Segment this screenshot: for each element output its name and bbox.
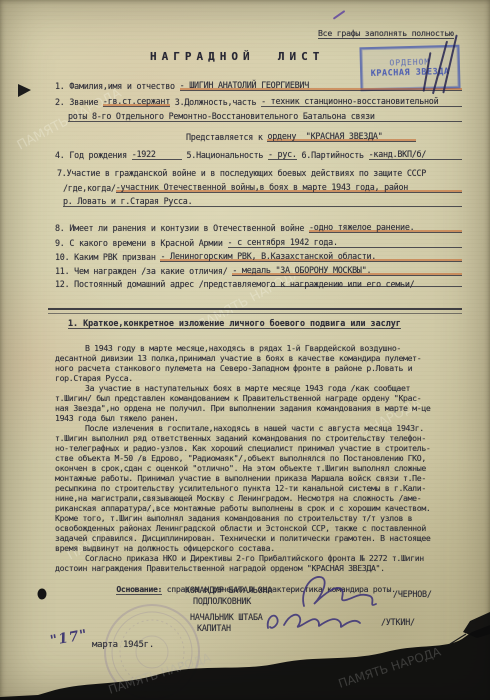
citation-line: но-телеграфных и радио-узлов. Как хороши… xyxy=(55,443,431,453)
citation-line: Кроме того, т.Шигин выполнял задания ком… xyxy=(55,513,412,523)
field-wounds: 8. Имеет ли ранения и контузии в Отечест… xyxy=(55,222,462,233)
citation-line: т.Шигин выполнил ряд ответственных задан… xyxy=(55,433,426,443)
citation-line: десантной дивизии 13 полка,принимал учас… xyxy=(55,353,421,363)
chief-of-staff-signature xyxy=(268,615,360,628)
commander-role-line2: ПОДПОЛКОВНИК xyxy=(193,596,251,606)
citation-line: За участие в наступательных боях в марте… xyxy=(85,383,410,393)
field-war-participation-cont: р. Ловать и г.Старая Русса. xyxy=(63,196,462,207)
crack-line xyxy=(450,634,466,644)
citation-line: задачей справился. Дисциплинирован. Техн… xyxy=(55,533,431,543)
citation-line: освобожденных районах Ленинградской обла… xyxy=(55,523,426,533)
citation-line: Согласно приказа НКО и Директивы 2-го Пр… xyxy=(85,553,424,563)
watermark-on-tear: ПАМЯТЬ НАРОДА xyxy=(337,644,444,691)
commander-role-line1: КОМАНДИР БАТАЛЬОНА xyxy=(185,585,272,595)
nationality-label: 5.Национальность xyxy=(182,150,268,160)
citation-line: ная Звезда",но ордена не получил. При вы… xyxy=(55,403,431,413)
citation-line: В 1943 году в марте месяце,находясь в ря… xyxy=(85,343,401,353)
field-prior-awards: 11. Чем награжден /за какие отличия/ - м… xyxy=(55,265,462,276)
war-participation-value: -участник Отечественной войны,в боях в м… xyxy=(116,182,462,193)
ink-blot xyxy=(38,589,47,600)
ink-mark xyxy=(333,10,346,20)
prior-awards-value: - медаль "ЗА ОБОРОНУ МОСКВЫ". xyxy=(232,265,462,276)
section-divider xyxy=(48,308,462,314)
field-position-value2: роты 8-го Отдельного Ремонтно-Восстанови… xyxy=(68,111,462,122)
empty-address-line xyxy=(270,286,462,287)
page-title: НАГРАДНОЙ ЛИСТ xyxy=(150,50,324,63)
citation-line: ресыпкина по строительству усилительного… xyxy=(55,483,426,493)
citation-line: После излечения в госпитале,находясь в н… xyxy=(85,423,424,433)
torn-notch-shape xyxy=(463,612,490,638)
field-rank-value: -гв.ст.сержант xyxy=(103,96,170,107)
party-value: -канд.ВКП/б/ xyxy=(369,149,462,160)
field-presented-to: Представляется к ордену "КРАСНАЯ ЗВЕЗДА" xyxy=(186,131,416,142)
citation-line: 1943 года был тяжело ранен. xyxy=(55,413,179,423)
citation-line: достоин награждения Правительственной на… xyxy=(55,563,385,573)
fill-all-fields-note: Все графы заполнять полностью xyxy=(318,28,454,39)
presented-value: ордену "КРАСНАЯ ЗВЕЗДА" xyxy=(267,131,416,142)
field-name: 1. Фамилия,имя и отчество - ШИГИН АНАТОЛ… xyxy=(55,80,462,91)
field-rank-label: 2. Звание xyxy=(55,97,103,107)
commander-name: /ЧЕРНОВ/ xyxy=(393,589,432,599)
field-name-label: 1. Фамилия,имя и отчество xyxy=(55,81,180,91)
field-war-participation: /где,когда/-участник Отечественной войны… xyxy=(63,182,462,193)
citation-header: 1. Краткое,конкретное изложение личного … xyxy=(68,318,401,329)
wounds-label: 8. Имеет ли ранения и контузии в Отечест… xyxy=(55,223,309,233)
citation-line: ного расчета станкового пулемета на Севе… xyxy=(55,363,412,373)
field-war-participation-label: 7.Участие в гражданской войне и в послед… xyxy=(57,168,426,178)
citation-line: риканская аппаратура/,все монтажные рабо… xyxy=(55,503,431,513)
chief-of-staff-role-line1: НАЧАЛЬНИК ШТАБА xyxy=(190,612,263,622)
presented-label: Представляется к xyxy=(186,132,267,142)
citation-line: гор.Старая Русса. xyxy=(55,373,133,383)
stamp-line1: ОРДЕНОМ xyxy=(389,57,430,67)
citation-line: нине,на магистрали,связывающей Москву с … xyxy=(55,493,421,503)
war-participation-value2: р. Ловать и г.Старая Русса. xyxy=(63,196,462,207)
field-home-address-label: 12. Постоянный домашний адрес /представл… xyxy=(55,279,414,289)
citation-line: т.Шигин/ был представлен командованием к… xyxy=(55,393,421,403)
where-when-label: /где,когда/ xyxy=(63,183,116,193)
corner-mark xyxy=(18,84,31,97)
chief-of-staff-role-line2: КАПИТАН xyxy=(197,623,231,633)
drafted-by-value: - Лениногорским РВК, В.Казахстанской обл… xyxy=(160,251,462,262)
army-since-value: - с сентября 1942 года. xyxy=(228,237,462,248)
army-since-label: 9. С какого времени в Красной Армии xyxy=(55,238,228,248)
basis-label: Основание: xyxy=(116,584,162,595)
date-day-handwritten: "17" xyxy=(49,627,89,649)
field-position-label: 3.Должность,часть xyxy=(170,97,261,107)
field-position-value: - техник станционно-восстановительной xyxy=(261,96,462,107)
wounds-value: -одно тяжелое ранение. xyxy=(309,222,462,233)
birth-year-value: -1922 xyxy=(132,149,182,160)
citation-line: окончен в срок,сдан с оценкой "отлично".… xyxy=(55,463,426,473)
prior-awards-label: 11. Чем награжден /за какие отличия/ xyxy=(55,266,232,276)
date-text: марта 1945г. xyxy=(92,640,154,650)
citation-line: время выдвинут на должность офицерского … xyxy=(55,543,275,553)
field-name-value: - ШИГИН АНАТОЛИЙ ГЕОРГИЕВИЧ xyxy=(180,80,462,91)
chief-of-staff-name: /УТКИН/ xyxy=(381,617,415,627)
citation-line: стве объекта М-50 /в Едрово, "Радиомаяк"… xyxy=(55,453,426,463)
drafted-by-label: 10. Каким РВК призван xyxy=(55,252,160,262)
field-drafted-by: 10. Каким РВК призван - Лениногорским РВ… xyxy=(55,251,462,262)
nationality-value: - рус. xyxy=(268,149,297,160)
party-label: 6.Партийность xyxy=(297,150,369,160)
watermark-on-tear: ПАМЯТЬ НАРОДА xyxy=(107,650,214,697)
citation-line: монтажные работы. Принимал участие в вып… xyxy=(55,473,426,483)
field-army-since: 9. С какого времени в Красной Армии - с … xyxy=(55,237,462,248)
field-birth-nationality-party: 4. Год рождения -1922 5.Национальность -… xyxy=(55,149,462,160)
birth-year-label: 4. Год рождения xyxy=(55,150,132,160)
award-sheet-document: ПАМЯТЬ НАРОДА ПАМЯТЬ НАРОДА ПАМЯТЬ НАРОД… xyxy=(0,0,490,700)
field-rank-position: 2. Звание -гв.ст.сержант 3.Должность,час… xyxy=(55,96,462,107)
field-position-cont: роты 8-го Отдельного Ремонтно-Восстанови… xyxy=(68,111,462,122)
